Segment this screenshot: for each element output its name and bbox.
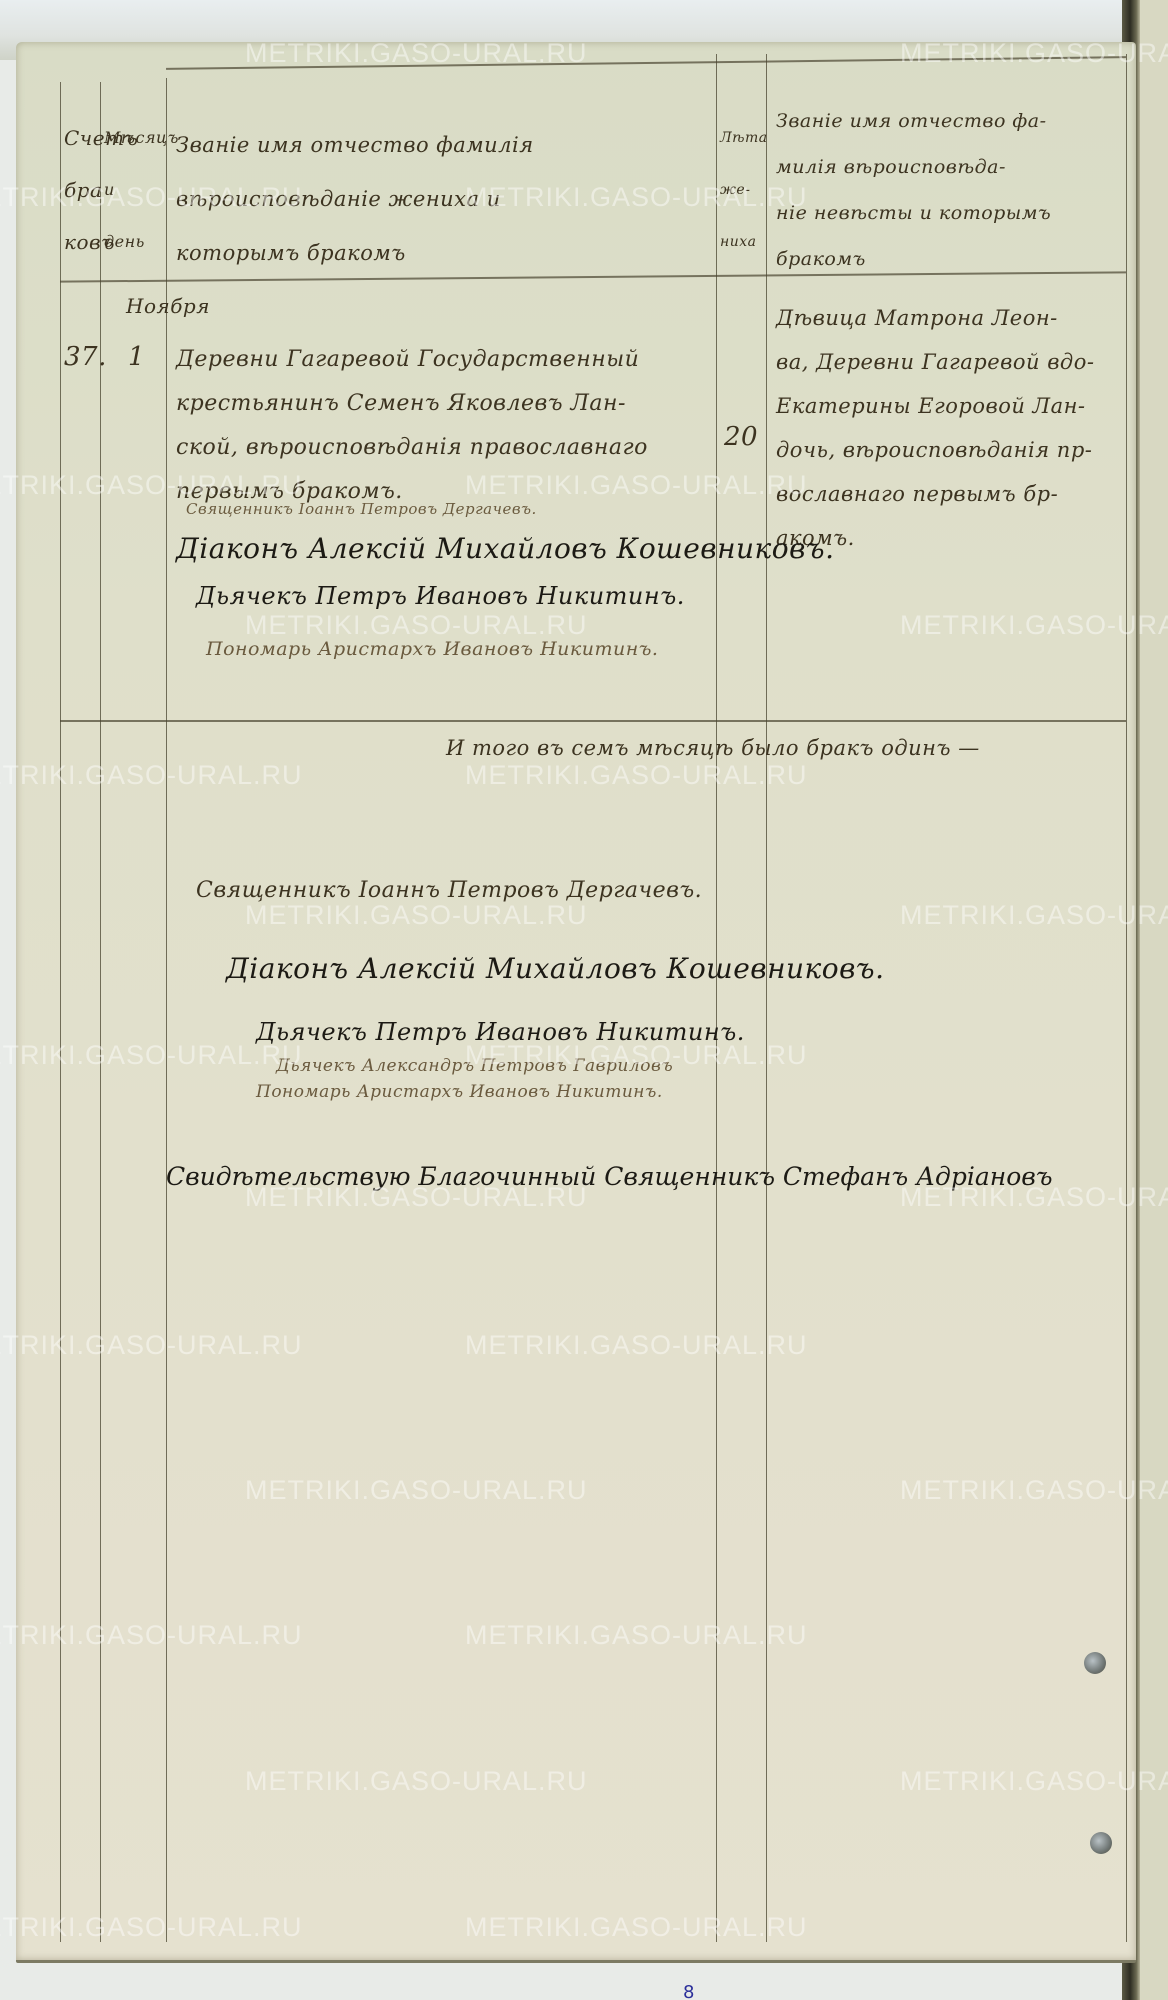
watermark: METRIKI.GASO-URAL.RU [900, 900, 1168, 931]
archive-page-number: 8 [683, 1982, 694, 2000]
watermark: METRIKI.GASO-URAL.RU [465, 760, 808, 791]
watermark: METRIKI.GASO-URAL.RU [465, 470, 808, 501]
binding-pin [1084, 1652, 1106, 1674]
watermark: METRIKI.GASO-URAL.RU [0, 182, 303, 213]
watermark: METRIKI.GASO-URAL.RU [245, 1182, 588, 1213]
watermark: METRIKI.GASO-URAL.RU [900, 38, 1168, 69]
watermark: METRIKI.GASO-URAL.RU [465, 1620, 808, 1651]
watermark: METRIKI.GASO-URAL.RU [245, 1766, 588, 1797]
entry-signature-ponomar: Пономарь Аристархъ Ивановъ Никитинъ. [206, 638, 658, 660]
facing-page-edge [1140, 0, 1168, 2000]
entry-number: 37. [64, 342, 107, 372]
watermark: METRIKI.GASO-URAL.RU [900, 1766, 1168, 1797]
entry-day: 1 [128, 342, 145, 372]
column-rule [166, 78, 167, 1942]
entry-signature-priest: Священникъ Іоаннъ Петровъ Дергачевъ. [186, 500, 537, 518]
register-page: Счетъбраковъ Мѣсяцъидень Званіе имя отче… [16, 42, 1136, 1963]
watermark: METRIKI.GASO-URAL.RU [465, 1040, 808, 1071]
watermark: METRIKI.GASO-URAL.RU [465, 1330, 808, 1361]
entry-bottom-rule [60, 720, 1126, 722]
watermark: METRIKI.GASO-URAL.RU [245, 610, 588, 641]
watermark: METRIKI.GASO-URAL.RU [0, 1620, 303, 1651]
watermark: METRIKI.GASO-URAL.RU [245, 1475, 588, 1506]
watermark: METRIKI.GASO-URAL.RU [0, 1040, 303, 1071]
watermark: METRIKI.GASO-URAL.RU [0, 760, 303, 791]
watermark: METRIKI.GASO-URAL.RU [0, 470, 303, 501]
watermark: METRIKI.GASO-URAL.RU [900, 1475, 1168, 1506]
column-rule [1126, 54, 1127, 1942]
watermark: METRIKI.GASO-URAL.RU [900, 610, 1168, 641]
column-rule [766, 54, 767, 1942]
watermark: METRIKI.GASO-URAL.RU [245, 900, 588, 931]
watermark: METRIKI.GASO-URAL.RU [245, 38, 588, 69]
closing-signature-deacon: Діаконъ Алексій Михайловъ Кошевниковъ. [226, 952, 885, 985]
bride-details: Дѣвица Матрона Леон-ва, Деревни Гагарево… [776, 296, 1094, 560]
groom-age: 20 [724, 422, 758, 452]
header-bride-col: Званіе имя отчество фа-милія вѣроисповѣд… [776, 98, 1051, 282]
entry-signature-deacon: Діаконъ Алексій Михайловъ Кошевниковъ. [176, 532, 835, 565]
column-rule [716, 54, 717, 1942]
binding-pin [1090, 1832, 1112, 1854]
watermark: METRIKI.GASO-URAL.RU [465, 182, 808, 213]
watermark: METRIKI.GASO-URAL.RU [0, 1912, 303, 1943]
closing-signature-ponomar: Пономарь Аристархъ Ивановъ Никитинъ. [256, 1082, 663, 1102]
column-rule [60, 82, 61, 1942]
watermark: METRIKI.GASO-URAL.RU [900, 1182, 1168, 1213]
entry-signature-sexton: Дьячекъ Петръ Ивановъ Никитинъ. [196, 582, 685, 610]
monthly-summary: И того въ семъ мѣсяцѣ было бракъ одинъ — [446, 736, 980, 760]
watermark: METRIKI.GASO-URAL.RU [0, 1330, 303, 1361]
entry-month: Ноября [126, 294, 210, 318]
watermark: METRIKI.GASO-URAL.RU [465, 1912, 808, 1943]
